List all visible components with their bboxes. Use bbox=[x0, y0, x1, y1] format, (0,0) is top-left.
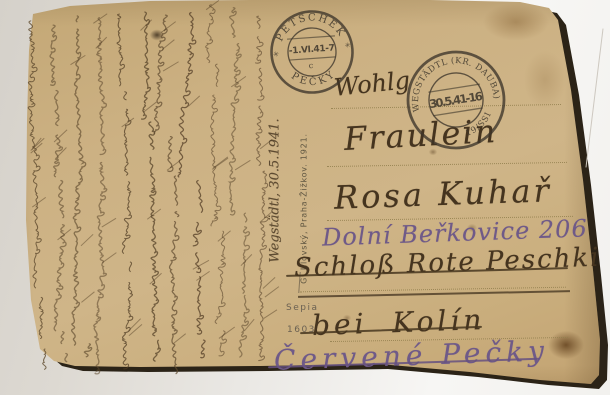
postmark-pecky-star-right: ✳ bbox=[344, 41, 351, 49]
postmark-pecky-index-letter: c bbox=[308, 61, 314, 70]
postmark-pecky-top-text: PETSCHEK bbox=[273, 10, 348, 44]
postmark-pecky-date: -1.VI.41-7 bbox=[289, 43, 336, 56]
postmark-pecky: PETSCHEK PEČKY -1.VI.41-7 c ✳ ✳ bbox=[269, 9, 355, 95]
postmark-wegstaedtl: WEGSTÄDTL (KR. DAUBA) 19/SSI 30.5.41-16 bbox=[401, 45, 511, 155]
svg-text:PETSCHEK: PETSCHEK bbox=[273, 10, 348, 44]
postcard-photo: Wegstädtl, 30.5.1941. G. Jílovský, Praha… bbox=[0, 0, 610, 395]
postmark-wegstaedtl-date: 30.5.41-16 bbox=[428, 89, 484, 111]
postmark-pecky-star-left: ✳ bbox=[273, 50, 280, 58]
postmarks-layer: PETSCHEK PEČKY -1.VI.41-7 c ✳ ✳ WEGSTÄDT… bbox=[0, 0, 610, 395]
